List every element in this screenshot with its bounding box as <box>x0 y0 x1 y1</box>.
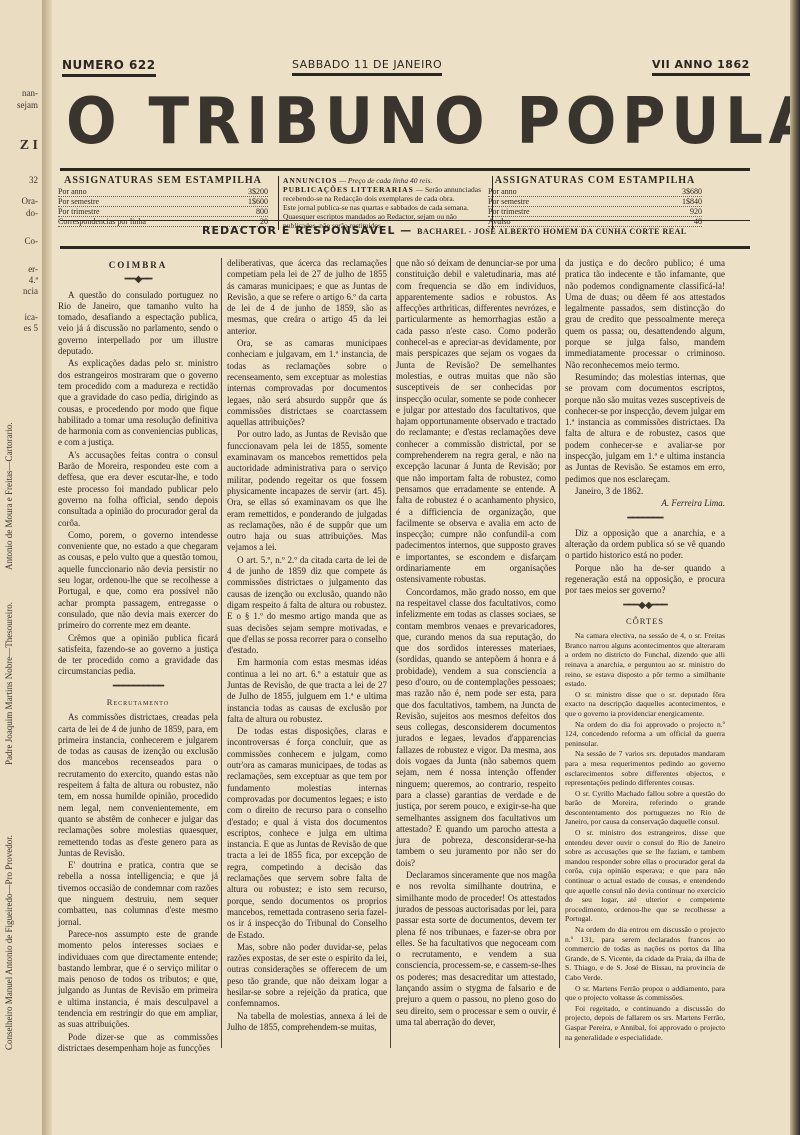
editor-name: BACHAREL - JOSÉ ALBERTO HOMEM DA CUNHA C… <box>417 227 687 236</box>
article-paragraph: Na ordem do dia foi approvado o projecto… <box>565 720 725 749</box>
editor-label: REDACTOR E RESPONSAVEL — <box>202 224 412 237</box>
column-4: da justiça e do decôro publico; é uma pr… <box>565 258 725 1043</box>
price-label: Por trimestre <box>488 207 530 216</box>
section-heading-recrutamento: Recrutamento <box>58 697 218 708</box>
left-fragment: do- <box>26 208 38 219</box>
article-paragraph: O sr. Martens Ferrão propoz o addiamento… <box>565 984 725 1003</box>
article-paragraph: E' doutrina e pratica, contra que se reb… <box>58 860 218 928</box>
price-value: 3$680 <box>682 187 702 196</box>
price-row: Por semestre1$840 <box>488 197 702 207</box>
ornament-divider: ━━━━━━━━━━ <box>58 681 218 692</box>
price-value: 40 <box>694 217 702 226</box>
left-fragment: Z I <box>20 140 38 151</box>
article-paragraph: Pode dizer-se que as commissões district… <box>58 1032 218 1055</box>
article-paragraph: O sr. Cyrillo Machado fallou sobre a que… <box>565 789 725 827</box>
price-row: Por trimestre920 <box>488 207 702 217</box>
ornament-divider: ━━━━━━━ <box>565 513 725 524</box>
column-1: COIMBRA ━━◆━━ A questão do consulado por… <box>58 258 218 1055</box>
ornament-divider: ━━◆━━ <box>58 274 218 285</box>
article-paragraph: Por outro lado, as Juntas de Revisão que… <box>227 429 387 553</box>
column-2: deliberativas, que ácerca das reclamaçõe… <box>227 258 387 1034</box>
left-fragment: ica- <box>25 312 39 323</box>
header-bottom-rule <box>60 246 750 249</box>
price-value: 1$600 <box>248 197 268 206</box>
price-row: Por semestre1$600 <box>58 197 268 207</box>
article-paragraph: O art. 5.º, n.º 2.º da citada carta de l… <box>227 555 387 657</box>
left-fragment: nan- <box>22 88 38 99</box>
editor-line: REDACTOR E RESPONSAVEL — BACHAREL - JOSÉ… <box>202 224 687 237</box>
page-edge-shadow <box>790 0 800 1135</box>
article-paragraph: Como, porem, o governo intendesse conven… <box>58 530 218 632</box>
left-fragment: es 5 <box>24 323 38 334</box>
article-paragraph: Ora, se as camaras municipaes conheciam … <box>227 338 387 428</box>
left-fragment: sejam <box>17 100 38 111</box>
announcement-label: ANNUNCIOS <box>283 176 337 185</box>
price-label: Por semestre <box>488 197 529 206</box>
subscriptions-without-stamp-title: ASSIGNATURAS SEM ESTAMPILHA <box>58 176 268 185</box>
ornament-divider: ━━━◆◆━━━ <box>565 600 725 611</box>
article-paragraph: Resumindo; das molestias internas, que s… <box>565 372 725 485</box>
article-paragraph: A questão do consulado portuguez no Rio … <box>58 290 218 358</box>
price-label: Por trimestre <box>58 207 100 216</box>
price-label: Por anno <box>488 187 517 196</box>
article-signature: A. Ferreira Lima. <box>565 498 725 509</box>
article-paragraph: A's accusações feitas contra o consul Ba… <box>58 450 218 529</box>
price-label: Correspondencias por linha <box>58 217 146 226</box>
article-paragraph: Concordamos, mão grado nosso, em que na … <box>396 587 556 869</box>
vertical-credit: Conselheiro Manuel Antonio de Figueiredo… <box>4 840 14 1050</box>
header-divider <box>60 220 750 221</box>
price-value: 920 <box>690 207 702 216</box>
article-paragraph: que não só deixam de denunciar-se por um… <box>396 258 556 586</box>
binding-gutter <box>42 0 52 1135</box>
announcement-text: — Preço de cada linha 40 reis. <box>339 176 432 185</box>
issue-date: SABBADO 11 DE JANEIRO <box>292 58 442 76</box>
left-fragment: 4.ª <box>29 275 38 286</box>
subscriptions-with-stamp-title: ASSIGNATURAS COM ESTAMPILHA <box>488 176 702 185</box>
article-paragraph: Diz a opposição que a anarchia, e a alte… <box>565 528 725 562</box>
article-paragraph: O sr. ministro disse que o sr. deputado … <box>565 690 725 719</box>
announcement-line: ANNUNCIOS — Preço de cada linha 40 reis. <box>283 176 488 185</box>
masthead-title: O TRIBUNO POPULAR <box>66 86 661 158</box>
article-paragraph: Na ordem do dia entrou em discussão o pr… <box>565 925 725 983</box>
article-paragraph: As explicações dadas pelo sr. ministro d… <box>58 358 218 448</box>
issue-number: NUMERO 622 <box>62 58 156 77</box>
article-paragraph: Foi regeitado, e continuando a discussão… <box>565 1004 725 1042</box>
article-paragraph: Na camara electiva, na sessão de 4, o sr… <box>565 631 725 689</box>
article-dateline: Janeiro, 3 de 1862. <box>565 486 725 497</box>
left-fragment: Ora- <box>22 196 39 207</box>
masthead-rule <box>60 168 750 171</box>
article-paragraph: Na sessão de 7 varios srs. deputados man… <box>565 749 725 787</box>
newspaper-page: NUMERO 622 SABBADO 11 DE JANEIRO VII ANN… <box>52 0 790 1135</box>
left-fragment: Co- <box>25 236 39 247</box>
article-paragraph: Mas, sobre não poder duvidar-se, pelas r… <box>227 942 387 1010</box>
price-label: Por semestre <box>58 197 99 206</box>
price-value: 1$840 <box>682 197 702 206</box>
left-fragment: 32 <box>29 175 38 186</box>
price-value: 800 <box>256 207 268 216</box>
article-paragraph: Na tabella de molestias, annexa á lei de… <box>227 1011 387 1034</box>
article-paragraph: Crêmos que a opinião publica ficará sati… <box>58 633 218 678</box>
left-fragment: er- <box>28 264 38 275</box>
article-paragraph: O sr. ministro dos estrangeiros, disse q… <box>565 828 725 924</box>
price-value: 3$200 <box>248 187 268 196</box>
article-paragraph: Parece-nos assumpto este de grande momen… <box>58 929 218 1031</box>
announcements-box: ANNUNCIOS — Preço de cada linha 40 reis.… <box>278 176 493 230</box>
column-rule <box>390 258 391 1048</box>
column-3: que não só deixam de denunciar-se por um… <box>396 258 556 1029</box>
article-paragraph: Porque não ha de-ser quando a regeneraçã… <box>565 563 725 597</box>
issue-year: VII ANNO 1862 <box>652 58 750 76</box>
section-heading-cortes: CÔRTES <box>565 616 725 627</box>
article-paragraph: Declaramos sinceramente que nos magôa e … <box>396 870 556 1028</box>
column-rule <box>559 258 560 1048</box>
announcement-line: PUBLICAÇÕES LITTERARIAS — Serão annuncia… <box>283 185 488 203</box>
adjacent-page-edge: nan- sejam Z I 32 Ora- do- Co- er- 4.ª n… <box>0 0 45 1135</box>
announcement-label: PUBLICAÇÕES LITTERARIAS <box>283 185 414 194</box>
article-paragraph: Em harmonia com estas mesmas idéas conti… <box>227 657 387 725</box>
section-heading-coimbra: COIMBRA <box>58 260 218 271</box>
price-row: Por trimestre800 <box>58 207 268 217</box>
article-paragraph: da justiça e do decôro publico; é uma pr… <box>565 258 725 371</box>
price-row: Por anno3$200 <box>58 187 268 197</box>
column-rule <box>221 258 222 1048</box>
article-paragraph: As commissões districtaes, creadas pela … <box>58 712 218 859</box>
left-fragment: ncia <box>23 286 38 297</box>
cortes-report: Na camara electiva, na sessão de 4, o sr… <box>565 631 725 1042</box>
article-paragraph: De todas estas disposições, claras e inc… <box>227 726 387 941</box>
announcement-line: Este jornal publica-se nas quartas e sab… <box>283 203 488 212</box>
vertical-credit: Padre Joaquim Martins Nobre—Thesoureiro. <box>4 580 14 765</box>
price-label: Por anno <box>58 187 87 196</box>
price-row: Por anno3$680 <box>488 187 702 197</box>
article-paragraph: deliberativas, que ácerca das reclamaçõe… <box>227 258 387 337</box>
vertical-credit: Antonio de Moura e Freitas—Cartorario. <box>4 390 14 570</box>
